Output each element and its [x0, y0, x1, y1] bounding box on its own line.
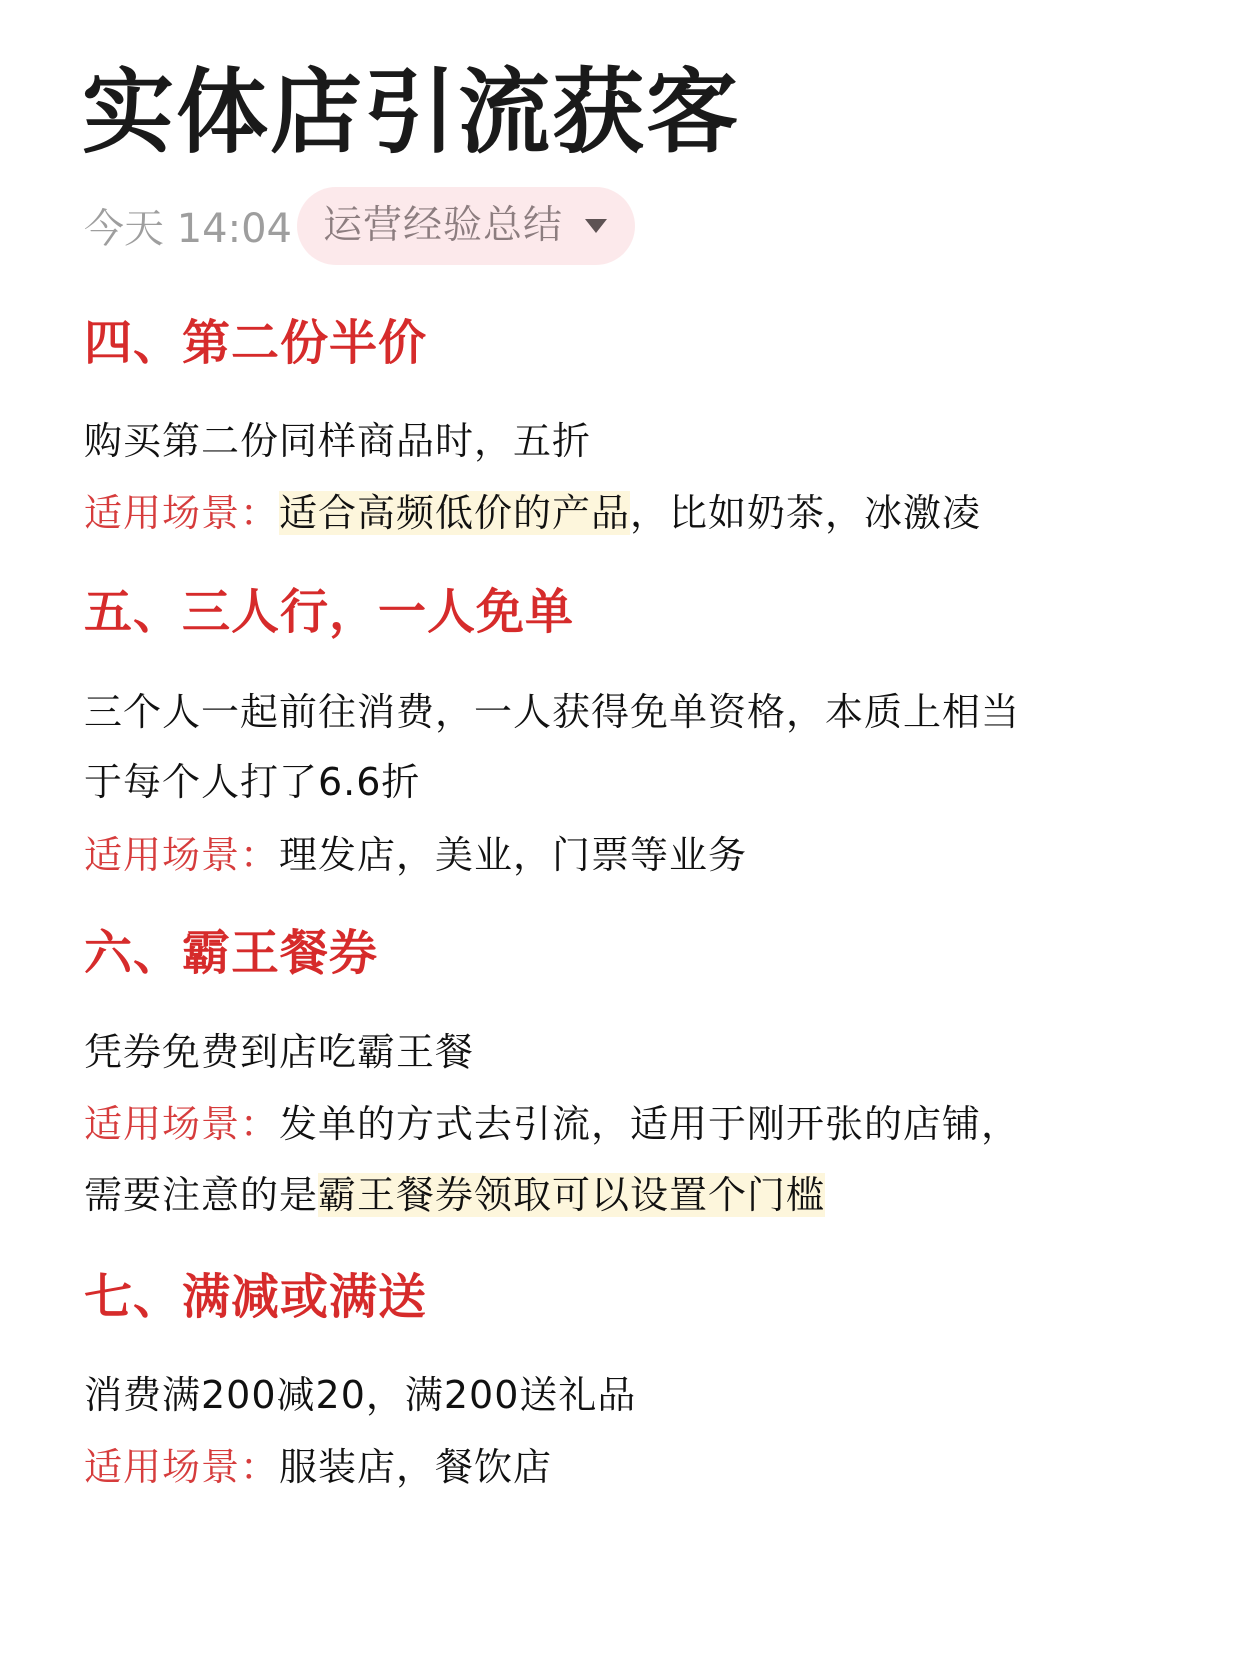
- highlighted-text: 霸王餐券领取可以设置个门槛: [318, 1173, 825, 1217]
- scene-label: 适用场景：: [84, 1445, 279, 1489]
- scene-text: 需要注意的是: [84, 1173, 318, 1217]
- scene-text: 发单的方式去引流，适用于刚开张的店铺，: [279, 1102, 1020, 1146]
- scene-text: ，比如奶茶，冰激凌: [630, 491, 981, 535]
- scene-line: 适用场景：理发店，美业，门票等业务: [84, 832, 747, 878]
- scene-text: 服装店，餐饮店: [279, 1445, 552, 1489]
- scene-label: 适用场景：: [84, 1102, 279, 1146]
- section-heading: 六、霸王餐券: [84, 925, 378, 981]
- scene-label: 适用场景：: [84, 491, 279, 535]
- timestamp: 今天 14:04: [84, 206, 292, 252]
- scene-line: 适用场景：适合高频低价的产品，比如奶茶，冰激凌: [84, 490, 981, 536]
- section-body-line: 凭券免费到店吃霸王餐: [84, 1029, 474, 1075]
- scene-line-continued: 需要注意的是霸王餐券领取可以设置个门槛: [84, 1172, 825, 1218]
- caret-down-icon: [585, 219, 607, 233]
- section-body-line: 购买第二份同样商品时，五折: [84, 418, 591, 464]
- note-title: 实体店引流获客: [82, 58, 740, 168]
- scene-text: 理发店，美业，门票等业务: [279, 833, 747, 877]
- section-heading: 四、第二份半价: [84, 315, 427, 371]
- scene-line: 适用场景：服装店，餐饮店: [84, 1444, 552, 1490]
- category-dropdown[interactable]: 运营经验总结: [297, 187, 635, 265]
- scene-line: 适用场景：发单的方式去引流，适用于刚开张的店铺，: [84, 1101, 1020, 1147]
- section-body-line: 于每个人打了6.6折: [84, 759, 420, 805]
- section-heading: 五、三人行，一人免单: [84, 584, 574, 640]
- section-body-line: 消费满200减20，满200送礼品: [84, 1372, 636, 1418]
- category-label: 运营经验总结: [323, 203, 563, 249]
- scene-label: 适用场景：: [84, 833, 279, 877]
- section-body-line: 三个人一起前往消费，一人获得免单资格，本质上相当: [84, 689, 1020, 735]
- section-heading: 七、满减或满送: [84, 1269, 427, 1325]
- highlighted-text: 适合高频低价的产品: [279, 491, 630, 535]
